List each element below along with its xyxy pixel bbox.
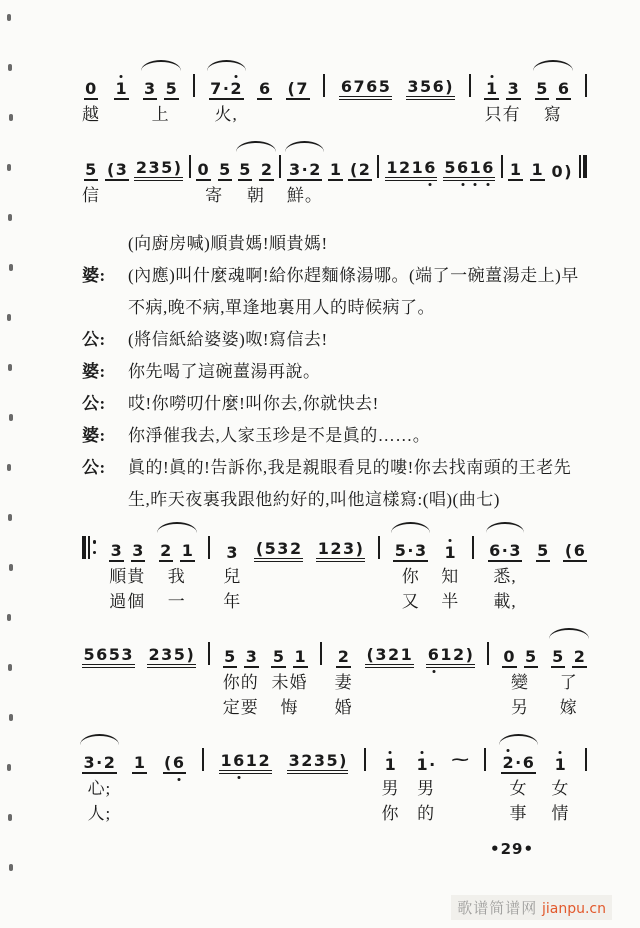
speaker-label: 婆: xyxy=(82,420,128,452)
margin-mark xyxy=(8,64,12,71)
lyric: 定要 xyxy=(223,693,259,718)
note-group: 7·2火, xyxy=(209,70,244,125)
lyric: 婚 xyxy=(335,693,353,718)
note-group: (7 xyxy=(286,70,309,125)
note-group: 3·2鮮。 xyxy=(287,151,323,206)
lyric: 火, xyxy=(214,100,237,125)
note-group: 11 xyxy=(508,151,544,206)
note-group: (3 xyxy=(105,151,128,206)
octave-dot-below xyxy=(177,778,180,781)
lyric: 兒 xyxy=(223,562,241,587)
music-system-4: 5653235)53你的定要51未婚悔2妻婚(321612)05變另52了嫁 xyxy=(82,638,587,718)
note-group: 1知半 xyxy=(441,532,459,612)
bar-line xyxy=(202,744,204,824)
lyric: 朝 xyxy=(247,181,265,206)
note-group: 3兒年 xyxy=(223,532,241,612)
note-group: 1216 xyxy=(385,151,438,206)
watermark-site-url: jianpu.cn xyxy=(542,901,606,917)
lyric: 變 xyxy=(511,668,529,693)
dialogue-text: 眞的!眞的!告訴你,我是親眼看見的嘍!你去找南頭的王老先生,昨天夜裏我跟他約好的… xyxy=(128,452,587,516)
note-group: 53你的定要 xyxy=(223,638,259,718)
speaker-label: 公: xyxy=(82,452,128,484)
octave-dot-above xyxy=(235,75,238,78)
lyric: 情 xyxy=(551,799,569,824)
bar-line xyxy=(323,70,325,125)
lyric: 年 xyxy=(223,587,241,612)
music-system-1: 0越135上7·2火,6(76765356)13只有56寫 xyxy=(82,70,587,125)
sheet-music-page: 0越135上7·2火,6(76765356)13只有56寫5信(3235)05寄… xyxy=(0,0,640,928)
lyric: 只有 xyxy=(485,100,521,125)
note-group: 5信 xyxy=(82,151,100,206)
margin-mark xyxy=(9,114,13,121)
note-group: 52朝 xyxy=(238,151,274,206)
lyric: 悔 xyxy=(281,693,299,718)
page-content: 0越135上7·2火,6(76765356)13只有56寫5信(3235)05寄… xyxy=(82,70,587,858)
note-group: 235) xyxy=(134,151,183,206)
dialogue-text: (向廚房喊)順貴媽!順貴媽! xyxy=(128,228,587,260)
bar-line xyxy=(377,151,379,206)
lyric: 事 xyxy=(509,799,527,824)
note-group: 1612 xyxy=(219,744,272,824)
lyric: 寫 xyxy=(544,100,562,125)
note-group: 35上 xyxy=(143,70,179,125)
margin-mark xyxy=(7,164,11,171)
note-group: 5653 xyxy=(82,638,135,718)
lyric: 你 xyxy=(402,562,420,587)
note-group: 0) xyxy=(550,151,573,206)
lyric: 載, xyxy=(493,587,516,612)
lyric: 知 xyxy=(441,562,459,587)
octave-dot-above xyxy=(421,751,424,754)
lyric: 男 xyxy=(417,774,435,799)
margin-mark xyxy=(8,514,12,521)
dialogue-text: 哎!你嘮叨什麼!叫你去,你就快去! xyxy=(128,388,587,420)
bar-line xyxy=(472,532,474,612)
note-group: 1 xyxy=(132,744,147,824)
bar-line xyxy=(208,532,210,612)
margin-mark xyxy=(8,364,12,371)
speaker-label: 婆: xyxy=(82,356,128,388)
bar-line xyxy=(193,70,195,125)
note-group: 3·2心;人; xyxy=(82,744,117,824)
dialogue-text: 你先喝了這碗薑湯再說。 xyxy=(128,356,587,388)
note-group: 123) xyxy=(316,532,365,612)
note-group: (2 xyxy=(348,151,371,206)
lyric: 越 xyxy=(82,100,100,125)
note-group: (532 xyxy=(254,532,303,612)
lyric: 人; xyxy=(88,799,112,824)
dialogue-text: (將信紙給婆婆)呶!寫信去! xyxy=(128,324,587,356)
note-group: 33順貴過個 xyxy=(109,532,145,612)
note-group: ~ xyxy=(453,744,468,824)
octave-dot-below xyxy=(474,183,477,186)
note-group: 05寄 xyxy=(196,151,232,206)
speaker-label: 公: xyxy=(82,324,128,356)
note-group: 1男你 xyxy=(382,744,400,824)
octave-dot-above xyxy=(449,539,452,542)
note-group: 2·6女事 xyxy=(501,744,536,824)
lyric: 妻 xyxy=(335,668,353,693)
note-group: 1·男的 xyxy=(415,744,437,824)
lyric: 你的 xyxy=(223,668,259,693)
lyric: 上 xyxy=(152,100,170,125)
music-system-2: 5信(3235)05寄52朝3·2鮮。1(212165616110) xyxy=(82,151,587,206)
repeat-sign xyxy=(82,532,96,612)
bar-line xyxy=(279,151,281,206)
lyric: 男 xyxy=(382,774,400,799)
bar-line xyxy=(208,638,210,718)
note-group: 51未婚悔 xyxy=(271,638,307,718)
margin-mark xyxy=(7,14,11,21)
lyric: 半 xyxy=(441,587,459,612)
bar-line xyxy=(501,151,503,206)
watermark-site-name: 歌谱简谱网 xyxy=(457,901,537,917)
note-group: (6 xyxy=(163,744,186,824)
note-group: 0越 xyxy=(82,70,100,125)
bar-line xyxy=(378,532,380,612)
octave-dot-above xyxy=(507,749,510,752)
note-group: 52了嫁 xyxy=(551,638,587,718)
watermark: 歌谱简谱网 jianpu.cn xyxy=(451,895,612,920)
note-group: 6·3悉,載, xyxy=(488,532,523,612)
octave-dot-below xyxy=(487,183,490,186)
music-system-5: 3·2心;人;1(616123235)1男你1·男的~2·6女事1女情 xyxy=(82,744,587,824)
bar-line xyxy=(585,744,587,824)
speaker-label: 婆: xyxy=(82,260,128,292)
dialogue-row: 公:(將信紙給婆婆)呶!寫信去! xyxy=(82,324,587,356)
octave-dot-below xyxy=(237,776,240,779)
bar-line xyxy=(585,70,587,125)
margin-mark xyxy=(9,864,13,871)
margin-mark xyxy=(9,264,13,271)
bar-line xyxy=(364,744,366,824)
bar-line xyxy=(487,638,489,718)
note-group: 5616 xyxy=(443,151,496,206)
lyric: 信 xyxy=(82,181,100,206)
bar-line xyxy=(320,638,322,718)
bar-line xyxy=(189,151,191,206)
dialogue-row: (向廚房喊)順貴媽!順貴媽! xyxy=(82,228,587,260)
bar-line xyxy=(469,70,471,125)
note-group: 13只有 xyxy=(484,70,520,125)
music-system-3: 33順貴過個21我一3兒年(532123)5·3你又1知半6·3悉,載,5(6 xyxy=(82,532,587,612)
margin-mark xyxy=(8,214,12,221)
note-group: (6 xyxy=(563,532,586,612)
note-group: 612) xyxy=(426,638,475,718)
note-group: 5·3你又 xyxy=(393,532,428,612)
lyric: 嫁 xyxy=(560,693,578,718)
margin-mark xyxy=(9,414,13,421)
lyric: 一 xyxy=(168,587,186,612)
lyric: 你 xyxy=(382,799,400,824)
dialogue-row: 婆:你淨催我去,人家玉珍是不是眞的……。 xyxy=(82,420,587,452)
octave-dot-above xyxy=(559,751,562,754)
lyric: 鮮。 xyxy=(287,181,323,206)
note-group: 356) xyxy=(406,70,455,125)
margin-mark xyxy=(7,614,11,621)
lyric: 另 xyxy=(511,693,529,718)
margin-mark xyxy=(7,764,11,771)
note-group: 2妻婚 xyxy=(335,638,353,718)
lyric: 未婚 xyxy=(272,668,308,693)
margin-mark xyxy=(9,564,13,571)
octave-dot-below xyxy=(429,183,432,186)
note-group: (321 xyxy=(365,638,414,718)
note-group: 1 xyxy=(328,151,343,206)
lyric: 悉, xyxy=(493,562,516,587)
dialogue-row: 公:哎!你嘮叨什麼!叫你去,你就快去! xyxy=(82,388,587,420)
lyric: 又 xyxy=(402,587,420,612)
octave-dot-below xyxy=(432,670,435,673)
speaker-label: 公: xyxy=(82,388,128,420)
octave-dot-above xyxy=(490,75,493,78)
music-systems-top: 0越135上7·2火,6(76765356)13只有56寫5信(3235)05寄… xyxy=(82,70,587,206)
dialogue-text: (內應)叫什麼魂啊!給你趕麵條湯哪。(端了一碗薑湯走上)早不病,晚不病,單逢地裏… xyxy=(128,260,587,324)
page-number: •29• xyxy=(490,840,587,858)
note-group: 6765 xyxy=(339,70,392,125)
note-group: 3235) xyxy=(287,744,348,824)
margin-mark xyxy=(9,714,13,721)
octave-dot-above xyxy=(120,75,123,78)
margin-mark xyxy=(7,314,11,321)
dialogue-text: 你淨催我去,人家玉珍是不是眞的……。 xyxy=(128,420,587,452)
dialogue-row: 公:眞的!眞的!告訴你,我是親眼看見的嘍!你去找南頭的王老先生,昨天夜裏我跟他約… xyxy=(82,452,587,516)
lyric: 過個 xyxy=(109,587,145,612)
margin-mark xyxy=(7,464,11,471)
lyric: 了 xyxy=(560,668,578,693)
margin-mark xyxy=(8,664,12,671)
lyric: 的 xyxy=(417,799,435,824)
lyric: 順貴 xyxy=(109,562,145,587)
note-group: 1 xyxy=(114,70,129,125)
note-group: 6 xyxy=(257,70,272,125)
note-group: 5 xyxy=(536,532,551,612)
lyric: 寄 xyxy=(205,181,223,206)
octave-dot-above xyxy=(389,751,392,754)
lyric: 心; xyxy=(88,774,112,799)
note-group: 1女情 xyxy=(551,744,569,824)
bar-line xyxy=(484,744,486,824)
lyric: 我 xyxy=(168,562,186,587)
note-group: 56寫 xyxy=(535,70,571,125)
lyric: 女 xyxy=(509,774,527,799)
music-systems-bottom: 33順貴過個21我一3兒年(532123)5·3你又1知半6·3悉,載,5(65… xyxy=(82,532,587,824)
note-group: 21我一 xyxy=(159,532,195,612)
dialogue-block: (向廚房喊)順貴媽!順貴媽!婆:(內應)叫什麼魂啊!給你趕麵條湯哪。(端了一碗薑… xyxy=(82,228,587,516)
bar-line xyxy=(579,151,587,206)
dialogue-row: 婆:(內應)叫什麼魂啊!給你趕麵條湯哪。(端了一碗薑湯走上)早不病,晚不病,單逢… xyxy=(82,260,587,324)
lyric: 女 xyxy=(551,774,569,799)
dialogue-row: 婆:你先喝了這碗薑湯再說。 xyxy=(82,356,587,388)
note-group: 235) xyxy=(147,638,196,718)
note-group: 05變另 xyxy=(502,638,538,718)
margin-mark xyxy=(8,814,12,821)
octave-dot-below xyxy=(461,183,464,186)
